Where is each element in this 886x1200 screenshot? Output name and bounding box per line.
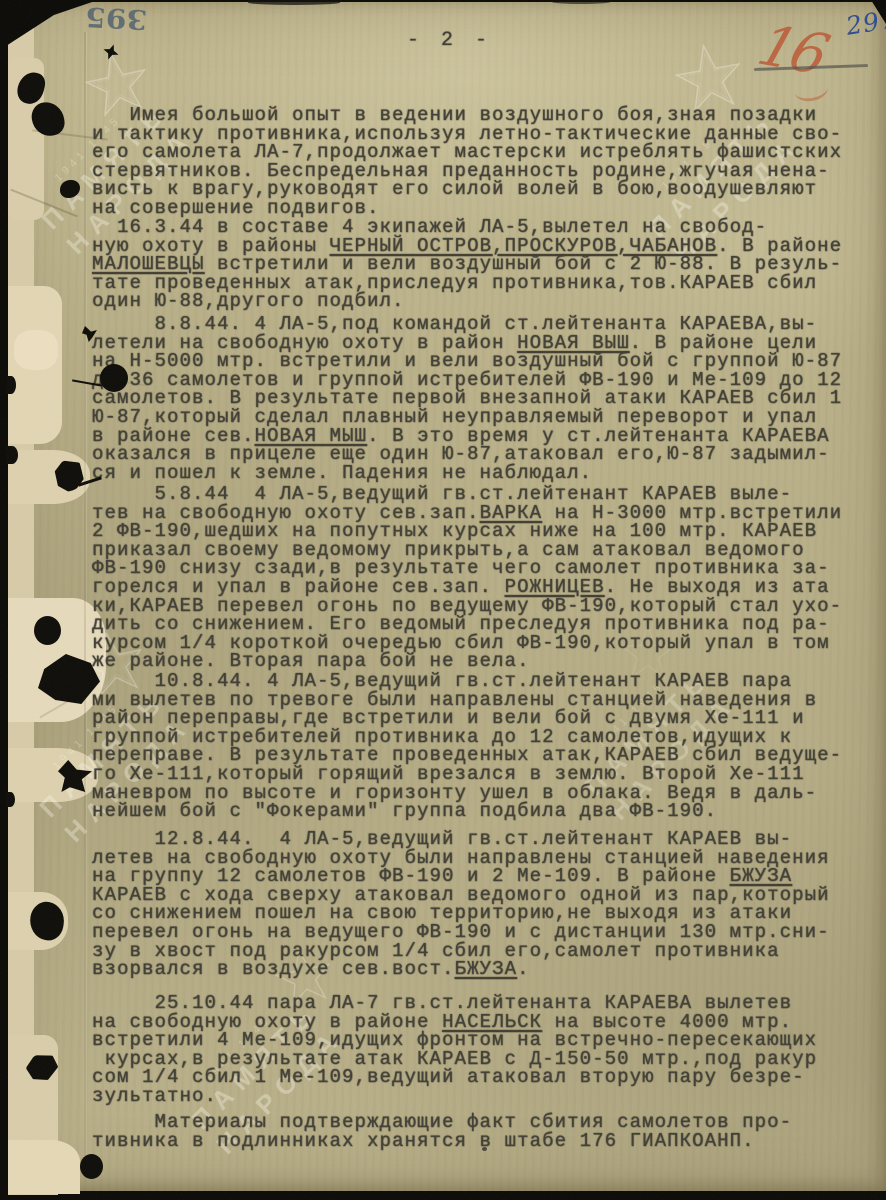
typewriter-line: ся и пошел к земле. Падения не наблюдал. bbox=[92, 464, 842, 483]
scan-edge-sliver bbox=[552, 0, 610, 4]
paragraph: 8.8.44. 4 ЛА-5,под командой ст.лейтенант… bbox=[92, 315, 842, 482]
paragraph: Имея большой опыт в ведении воздушного б… bbox=[92, 106, 842, 218]
paragraph: 16.3.44 в составе 4 экипажей ЛА-5,вылете… bbox=[92, 218, 842, 311]
paragraph: 12.8.44. 4 ЛА-5,ведущий гв.ст.лейтенант … bbox=[92, 830, 830, 979]
edge-notch bbox=[6, 446, 18, 464]
scan-edge-sliver bbox=[248, 0, 340, 5]
typewriter-line: тивника в подлинниках хранятся в штабе 1… bbox=[92, 1132, 792, 1151]
typewriter-line: нейшем бой с "Фокерами" группа подбила д… bbox=[92, 802, 842, 821]
paragraph: 5.8.44 4 ЛА-5,ведущий гв.ст.лейтенант КА… bbox=[92, 485, 842, 671]
edge-notch bbox=[6, 792, 15, 807]
typewriter-line: зультатно. bbox=[92, 1087, 817, 1106]
typewritten-text: Имея большой опыт в ведении воздушного б… bbox=[8, 2, 886, 1191]
typewriter-line: взорвался в воздухе сев.вост.БЖУЗА. bbox=[92, 960, 830, 979]
punch-hole bbox=[34, 616, 61, 645]
typewriter-line: один Ю-88,другого подбил. bbox=[92, 292, 842, 311]
punch-hole bbox=[80, 1154, 103, 1179]
paragraph: 10.8.44. 4 ЛА-5,ведущий гв.ст.лейтенант … bbox=[92, 672, 842, 821]
punch-hole bbox=[100, 364, 128, 392]
paragraph: 25.10.44 пара ЛА-7 гв.ст.лейтенанта КАРА… bbox=[92, 994, 817, 1106]
paragraph: Материалы подтверждающие факт сбития сам… bbox=[92, 1113, 792, 1150]
edge-notch bbox=[6, 376, 16, 394]
scanned-document-page: 1941 1945 ПАМЯТЬ НАРОДА 1941 1945 ПАМЯТЬ… bbox=[0, 0, 886, 1200]
underlined-place-name: БЖУЗА bbox=[455, 958, 518, 980]
typewriter-line: же районе. Вторая пара бой не вела. bbox=[92, 652, 842, 671]
speck bbox=[482, 1147, 487, 1151]
paper-sheet: 1941 1945 ПАМЯТЬ НАРОДА 1941 1945 ПАМЯТЬ… bbox=[8, 2, 886, 1191]
typewriter-line: на совершение подвигов. bbox=[92, 199, 842, 218]
